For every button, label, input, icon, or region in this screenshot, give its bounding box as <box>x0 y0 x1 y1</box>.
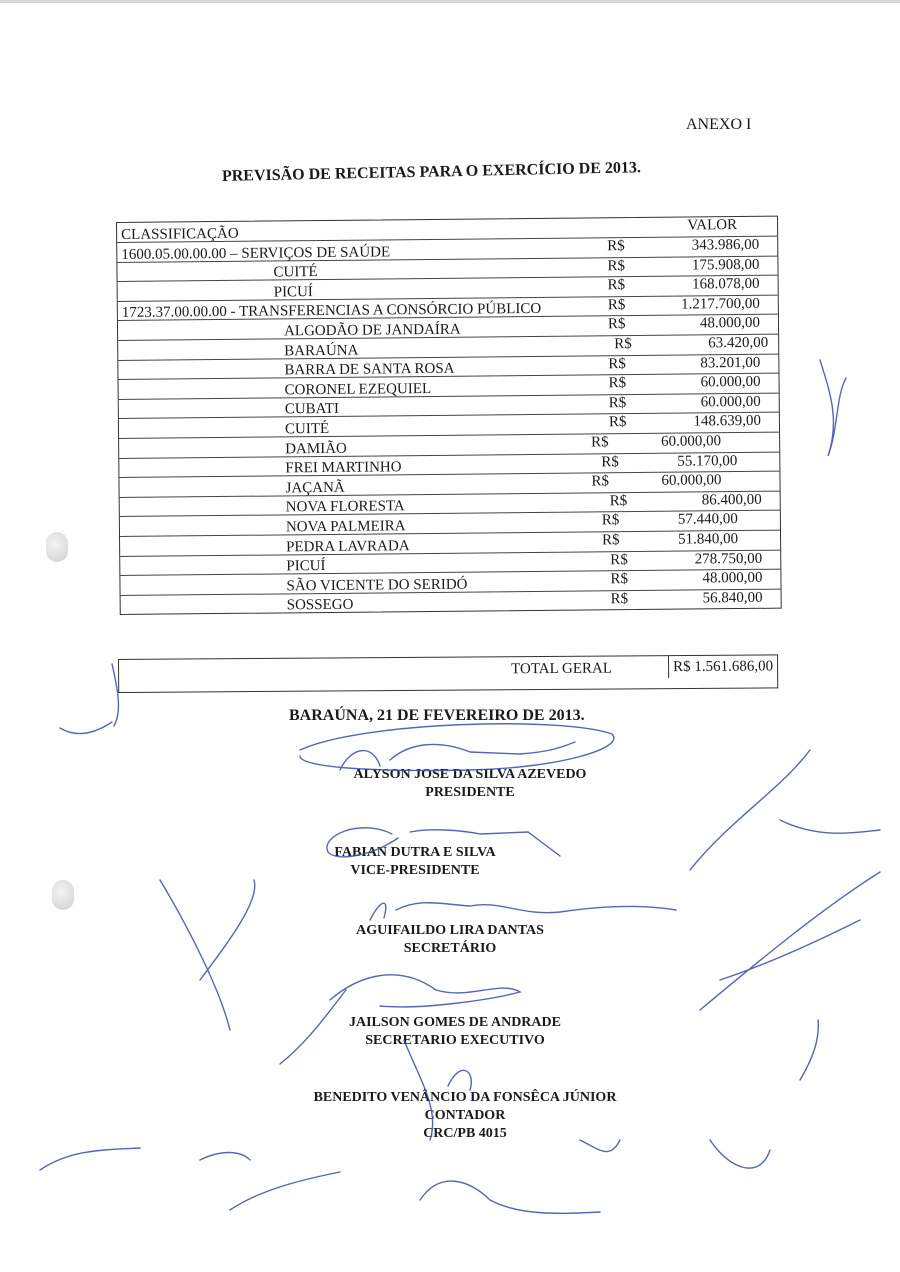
row-amount: 168.078,00 <box>692 276 760 294</box>
signature-ink <box>40 1140 620 1170</box>
signatory-role: PRESIDENTE <box>300 784 640 802</box>
signatory-name: BENEDITO VENÂNCIO DA FONSÊCA JÚNIOR <box>280 1089 650 1107</box>
row-amount: 60.000,00 <box>701 394 761 412</box>
annex-label: ANEXO I <box>686 116 751 134</box>
place-and-date: BARAÚNA, 21 DE FEVEREIRO DE 2013. <box>289 707 585 725</box>
signatory-name: JAILSON GOMES DE ANDRADE <box>300 1014 610 1032</box>
row-amount: 343.986,00 <box>692 237 760 255</box>
row-currency: R$ <box>609 414 627 431</box>
row-amount: 83.201,00 <box>700 354 760 372</box>
signatory-name: FABIAN DUTRA E SILVA <box>300 844 530 862</box>
row-currency: R$ <box>591 434 609 451</box>
row-amount: 60.000,00 <box>700 374 760 392</box>
signatory-role: VICE-PRESIDENTE <box>300 862 530 880</box>
total-value: R$ 1.561.686,00 <box>668 654 777 678</box>
row-amount: 48.000,00 <box>700 315 760 333</box>
total-row: TOTAL GERAL R$ 1.561.686,00 <box>118 654 778 693</box>
signatory-name: ALYSON JOSE DA SILVA AZEVEDO <box>300 766 640 784</box>
punch-hole <box>46 532 68 562</box>
signature-ink <box>690 750 880 1010</box>
row-currency: R$ <box>610 571 628 588</box>
row-amount: 60.000,00 <box>661 472 721 490</box>
signatory-role: CONTADOR <box>280 1107 650 1125</box>
revenue-table: CLASSIFICAÇÃO VALOR 1600.05.00.00.00 – S… <box>116 216 782 616</box>
row-amount: 57.440,00 <box>678 511 738 529</box>
row-amount: 60.000,00 <box>661 433 721 451</box>
page-edge <box>0 0 900 3</box>
handwritten-signatures <box>0 0 900 1272</box>
signatory-name: AGUIFAILDO LIRA DANTAS <box>300 922 600 940</box>
signatory-role: SECRETÁRIO <box>300 940 600 958</box>
row-currency: R$ <box>614 336 632 353</box>
signatory-vice-president: FABIAN DUTRA E SILVA VICE-PRESIDENTE <box>300 844 530 880</box>
signatory-role: SECRETARIO EXECUTIVO <box>300 1032 610 1050</box>
row-amount: 51.840,00 <box>678 531 738 549</box>
row-currency: R$ <box>591 473 609 490</box>
row-amount: 56.840,00 <box>703 589 763 607</box>
row-amount: 63.420,00 <box>708 335 768 353</box>
row-amount: 48.000,00 <box>702 570 762 588</box>
signatory-accountant: BENEDITO VENÂNCIO DA FONSÊCA JÚNIOR CONT… <box>280 1089 650 1143</box>
signatory-executive-secretary: JAILSON GOMES DE ANDRADE SECRETARIO EXEC… <box>300 1014 610 1050</box>
row-currency: R$ <box>608 316 626 333</box>
row-currency: R$ <box>608 297 626 314</box>
row-label: SOSSEGO <box>287 597 354 615</box>
row-amount: 175.908,00 <box>692 256 760 274</box>
row-currency: R$ <box>610 552 628 569</box>
row-currency: R$ <box>608 277 626 294</box>
row-amount: 55.170,00 <box>677 453 737 471</box>
row-currency: R$ <box>611 591 629 608</box>
row-currency: R$ <box>610 493 628 510</box>
row-currency: R$ <box>607 258 625 275</box>
signature-ink <box>370 903 676 920</box>
row-currency: R$ <box>601 454 619 471</box>
punch-hole <box>52 880 74 910</box>
row-amount: 1.217.700,00 <box>681 296 760 314</box>
signature-ink <box>300 724 614 771</box>
signatory-president: ALYSON JOSE DA SILVA AZEVEDO PRESIDENTE <box>300 766 640 802</box>
row-amount: 278.750,00 <box>695 550 763 568</box>
row-currency: R$ <box>607 238 625 255</box>
document-title: PREVISÃO DE RECEITAS PARA O EXERCÍCIO DE… <box>222 159 641 186</box>
row-currency: R$ <box>608 356 626 373</box>
row-currency: R$ <box>609 395 627 412</box>
signatory-secretary: AGUIFAILDO LIRA DANTAS SECRETÁRIO <box>300 922 600 958</box>
row-amount: 86.400,00 <box>702 492 762 510</box>
signatory-registration: CRC/PB 4015 <box>280 1125 650 1143</box>
row-currency: R$ <box>602 512 620 529</box>
row-currency: R$ <box>602 532 620 549</box>
row-currency: R$ <box>608 375 626 392</box>
row-amount: 148.639,00 <box>693 413 761 431</box>
header-value: VALOR <box>687 217 737 234</box>
total-label: TOTAL GERAL <box>511 661 612 679</box>
